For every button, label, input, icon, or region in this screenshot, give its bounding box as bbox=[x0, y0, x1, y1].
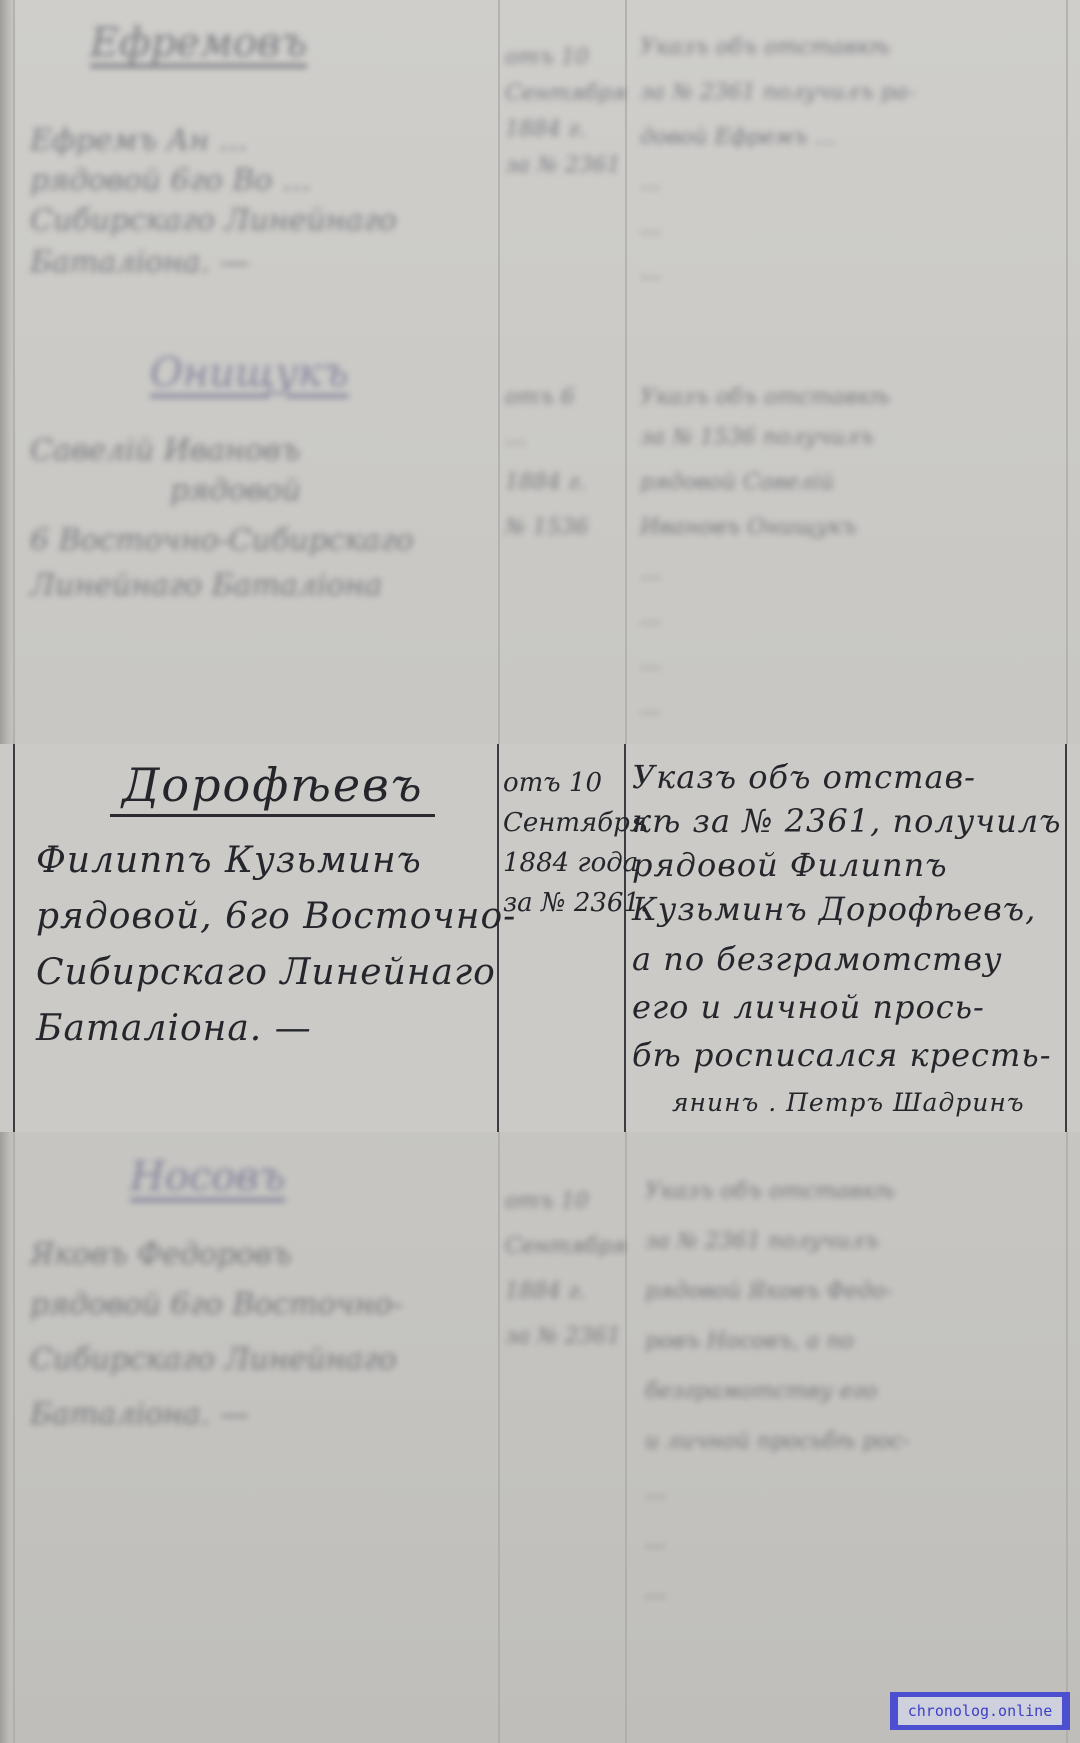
watermark-badge: chronolog.online bbox=[890, 1692, 1070, 1730]
register-page: Ефремовъ Ефремъ Ан ... рядовой 6го Во ..… bbox=[0, 0, 1080, 1743]
entry2-note: ... bbox=[640, 600, 661, 636]
entry-person-line: Баталіона. — bbox=[36, 1008, 312, 1049]
entry3-note: безграмотству его bbox=[645, 1374, 877, 1410]
entry3-note: и личной просьбѣ рос- bbox=[645, 1424, 910, 1460]
entry-note-line: Указъ объ отстав- bbox=[632, 758, 976, 796]
entry1-date: за № 2361 bbox=[505, 148, 621, 184]
entry3-note: за № 2361 получилъ bbox=[645, 1224, 879, 1260]
entry1-date: отъ 10 bbox=[505, 40, 589, 76]
entry-surname: Дорофѣевъ bbox=[110, 758, 435, 817]
entry2-line: Линейнаго Баталіона bbox=[30, 555, 382, 617]
entry1-note: ... bbox=[640, 255, 661, 291]
entry3-note: Указъ объ отставкѣ bbox=[645, 1174, 895, 1210]
column-line-right bbox=[1065, 744, 1067, 1132]
entry1-date: 1884 г. bbox=[505, 112, 586, 148]
entry3-line: Баталіона. — bbox=[30, 1384, 250, 1446]
entry2-note: ... bbox=[640, 645, 661, 681]
entry-date-line: отъ 10 bbox=[503, 768, 602, 798]
entry2-note: за № 1536 получилъ bbox=[640, 420, 874, 456]
column-line-left bbox=[13, 744, 15, 1132]
entry2-note: ... bbox=[640, 690, 661, 726]
entry3-note: рядовой Яковъ Федо- bbox=[645, 1274, 893, 1310]
entry2-surname: Онищукъ bbox=[150, 350, 349, 396]
entry1-note: ... bbox=[640, 165, 661, 201]
column-line-1 bbox=[497, 744, 499, 1132]
blurred-bottom-section: Носовъ Яковъ Федоровъ рядовой 6го Восточ… bbox=[0, 1134, 1080, 1743]
entry2-date: отъ 6 bbox=[505, 380, 575, 416]
entry-date-line: Сентября bbox=[503, 808, 647, 838]
entry1-line: Баталіона. — bbox=[30, 232, 250, 294]
entry3-line: Сибирскаго Линейнаго bbox=[30, 1329, 397, 1391]
entry3-note: ... bbox=[645, 1574, 666, 1610]
entry-note-line: бѣ росписался кресть- bbox=[632, 1036, 1052, 1074]
entry2-note: Ивановъ Онищукъ bbox=[640, 510, 857, 546]
entry3-date: Сентября bbox=[505, 1229, 627, 1265]
entry2-note: ... bbox=[640, 555, 661, 591]
entry3-note: ровъ Носовъ, а по bbox=[645, 1324, 854, 1360]
entry3-note: ... bbox=[645, 1524, 666, 1560]
entry2-date: № 1536 bbox=[505, 510, 589, 546]
entry2-note: Указъ объ отставкѣ bbox=[640, 380, 890, 416]
entry-note-line: Кузьминъ Дорофѣевъ, bbox=[632, 890, 1036, 928]
entry1-surname: Ефремовъ bbox=[90, 20, 307, 66]
entry3-date: за № 2361 bbox=[505, 1319, 621, 1355]
register-entry-dorofeev: Дорофѣевъ Филиппъ Кузьминъ рядовой, 6го … bbox=[0, 744, 1080, 1132]
entry1-note: за № 2361 получилъ ра- bbox=[640, 75, 915, 111]
entry2-date: 1884 г. bbox=[505, 465, 586, 501]
entry1-note: Указъ объ отставкѣ bbox=[640, 30, 890, 66]
entry-note-line-signature: янинъ . Петръ Шадринъ bbox=[672, 1088, 1025, 1117]
entry-person-line: Сибирскаго Линейнаго bbox=[36, 952, 496, 993]
entry-note-line: а по безграмотству bbox=[632, 940, 1003, 978]
entry2-date: ... bbox=[505, 420, 526, 456]
column-line-2 bbox=[624, 744, 626, 1132]
entry1-note: ... bbox=[640, 210, 661, 246]
entry-date-line: за № 2361. bbox=[503, 888, 648, 918]
entry1-date: Сентября bbox=[505, 76, 627, 112]
entry-note-line: его и личной прось- bbox=[632, 988, 985, 1026]
entry1-note: довой Ефремъ ... bbox=[640, 120, 836, 156]
entry-note-line: рядовой Филиппъ bbox=[632, 846, 948, 884]
entry2-note: рядовой Савелій bbox=[640, 465, 834, 501]
entry3-surname: Носовъ bbox=[130, 1154, 285, 1200]
watermark-text: chronolog.online bbox=[898, 1697, 1062, 1725]
entry3-line: рядовой 6го Восточно- bbox=[30, 1274, 402, 1336]
entry-date-line: 1884 года bbox=[503, 848, 638, 878]
blurred-top-section: Ефремовъ Ефремъ Ан ... рядовой 6го Во ..… bbox=[0, 0, 1080, 740]
entry-person-line: Филиппъ Кузьминъ bbox=[36, 840, 422, 881]
entry3-note: ... bbox=[645, 1474, 666, 1510]
entry3-date: 1884 г. bbox=[505, 1274, 586, 1310]
entry-person-line: рядовой, 6го Восточно- bbox=[36, 896, 516, 937]
entry-note-line: кѣ за № 2361, получилъ bbox=[632, 802, 1061, 840]
entry3-date: отъ 10 bbox=[505, 1184, 589, 1220]
